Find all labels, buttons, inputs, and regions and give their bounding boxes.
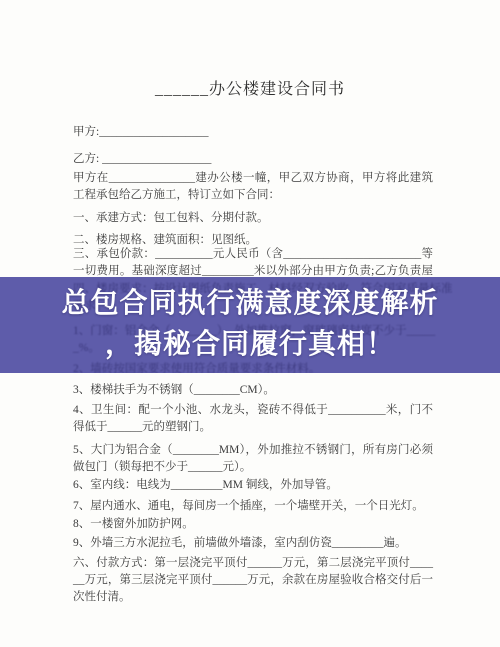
- contract-document-page: ______办公楼建设合同书 甲方:___________________ 乙方…: [0, 0, 500, 647]
- clause-construction-method: 一、承建方式：包工包料、分期付款。: [73, 210, 433, 227]
- clause-indoor-wiring: 6、室内线：电线为_________MM 铜线，外加导管。: [73, 477, 433, 494]
- party-b-line: 乙方: ___________________: [73, 151, 433, 168]
- clause-water-electricity: 7、屋内通水、通电，每间房一个插座，一个墙壁开关，一个日光灯。: [73, 498, 433, 515]
- contract-title: ______办公楼建设合同书: [0, 76, 500, 99]
- obscured-clause-wall-brick: 2、墙砖按国家要求使用符合质量要求条件材料。: [73, 361, 453, 373]
- clause-exterior-wall: 9、外墙三方水泥拉毛，前墙做外墙漆，室内刮仿瓷_________遍。: [73, 535, 433, 552]
- party-a-line: 甲方:___________________: [73, 124, 433, 141]
- clause-main-door: 5、大门为铝合金（________MM），外加推拉不锈钢门，所有房门必须做包门（…: [73, 442, 433, 476]
- clause-window-guard: 8、一楼窗外加防护网。: [73, 516, 433, 533]
- contract-intro-paragraph: 甲方在_______________建办公楼一幢，甲乙双方协商，甲方将此建筑工程…: [73, 170, 433, 204]
- clause-bathroom: 4、卫生间：配一个小池、水龙头，瓷砖不得低于__________米，门不得低于_…: [73, 402, 433, 436]
- banner-headline-line2: ，揭秘合同履行真相！: [0, 327, 500, 361]
- banner-headline-line1: 总包合同执行满意度深度解析: [0, 286, 500, 320]
- clause-stair-handrail: 3、楼梯扶手为不锈钢（________CM）。: [73, 382, 433, 399]
- clause-payment-terms: 六、付款方式：第一层浇完平顶付______万元，第二层浇完平顶付______万元…: [73, 555, 433, 606]
- promo-overlay-banner: 四、楼房要求：按设计图纸负责施工，材料经双方验收，符合国家质量标准要求。 1、门…: [0, 277, 500, 373]
